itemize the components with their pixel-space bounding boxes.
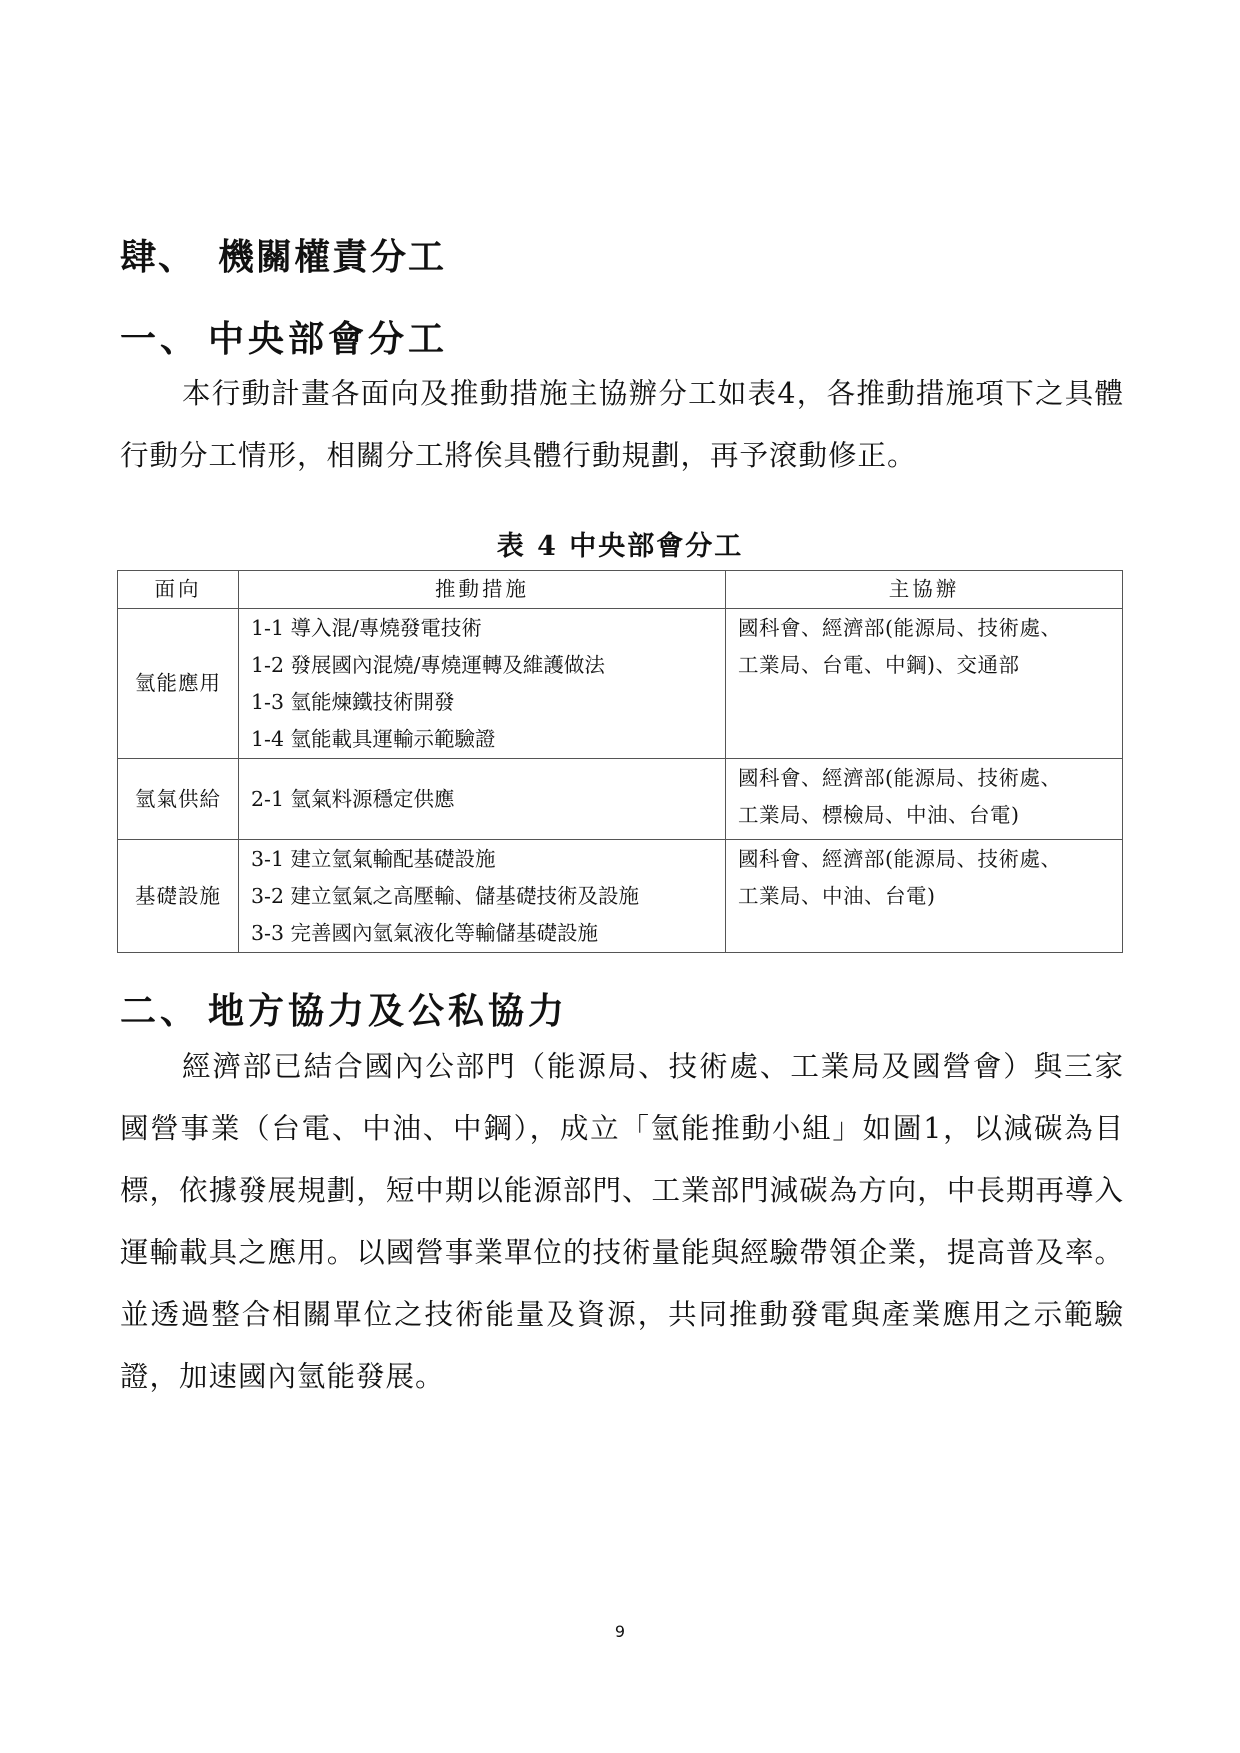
agency-line: 國科會、經濟部(能源局、技術處、 [738,760,1110,797]
page-number: 9 [0,1622,1240,1641]
dimension-cell: 氫氣供給 [118,759,239,840]
agency-line: 國科會、經濟部(能源局、技術處、 [738,841,1110,878]
subsection-number: 二、 [120,991,200,1032]
subsection-title: 中央部會分工 [208,319,448,360]
measure-item: 3-3 完善國內氫氣液化等輸儲基礎設施 [251,915,713,952]
measure-item: 1-2 發展國內混燒/專燒運轉及維護做法 [251,647,713,684]
measures-cell: 2-1 氫氣料源穩定供應 [239,759,726,840]
subsection-heading-central: 一、中央部會分工 [120,318,448,362]
agencies-cell: 國科會、經濟部(能源局、技術處、 工業局、標檢局、中油、台電) [726,759,1123,840]
table-row: 氫能應用 1-1 導入混/專燒發電技術 1-2 發展國內混燒/專燒運轉及維護做法… [118,609,1123,759]
agencies-cell: 國科會、經濟部(能源局、技術處、 工業局、中油、台電) [726,840,1123,953]
agency-line: 工業局、台電、中鋼)、交通部 [738,647,1110,684]
header-agencies: 主協辦 [726,571,1123,609]
dimension-cell: 基礎設施 [118,840,239,953]
agency-line: 工業局、中油、台電) [738,878,1110,915]
table-caption: 表 4 中央部會分工 [0,530,1240,564]
local-cooperation-paragraph: 經濟部已結合國內公部門（能源局、技術處、工業局及國營會）與三家國營事業（台電、中… [120,1036,1124,1408]
table-row: 基礎設施 3-1 建立氫氣輸配基礎設施 3-2 建立氫氣之高壓輸、儲基礎技術及設… [118,840,1123,953]
header-measures: 推動措施 [239,571,726,609]
section-heading: 肆、機關權責分工 [120,236,446,280]
measure-item: 1-1 導入混/專燒發電技術 [251,610,713,647]
agency-line: 國科會、經濟部(能源局、技術處、 [738,610,1110,647]
subsection-title: 地方協力及公私協力 [208,991,568,1032]
section-title: 機關權責分工 [218,237,446,278]
header-dimension: 面向 [118,571,239,609]
division-table: 面向 推動措施 主協辦 氫能應用 1-1 導入混/專燒發電技術 1-2 發展國內… [117,570,1123,953]
table-header-row: 面向 推動措施 主協辦 [118,571,1123,609]
dimension-cell: 氫能應用 [118,609,239,759]
measures-cell: 1-1 導入混/專燒發電技術 1-2 發展國內混燒/專燒運轉及維護做法 1-3 … [239,609,726,759]
agency-line: 工業局、標檢局、中油、台電) [738,797,1110,834]
subsection-number: 一、 [120,319,200,360]
measure-item: 1-3 氫能煉鐵技術開發 [251,684,713,721]
table-row: 氫氣供給 2-1 氫氣料源穩定供應 國科會、經濟部(能源局、技術處、 工業局、標… [118,759,1123,840]
subsection-heading-local: 二、地方協力及公私協力 [120,990,568,1034]
measure-item: 1-4 氫能載具運輸示範驗證 [251,721,713,758]
measure-item: 3-1 建立氫氣輸配基礎設施 [251,841,713,878]
measure-item: 2-1 氫氣料源穩定供應 [251,781,713,818]
measures-cell: 3-1 建立氫氣輸配基礎設施 3-2 建立氫氣之高壓輸、儲基礎技術及設施 3-3… [239,840,726,953]
section-number: 肆、 [120,237,196,278]
agencies-cell: 國科會、經濟部(能源局、技術處、 工業局、台電、中鋼)、交通部 [726,609,1123,759]
central-division-paragraph: 本行動計畫各面向及推動措施主協辦分工如表4，各推動措施項下之具體行動分工情形，相… [120,363,1124,487]
measure-item: 3-2 建立氫氣之高壓輸、儲基礎技術及設施 [251,878,713,915]
